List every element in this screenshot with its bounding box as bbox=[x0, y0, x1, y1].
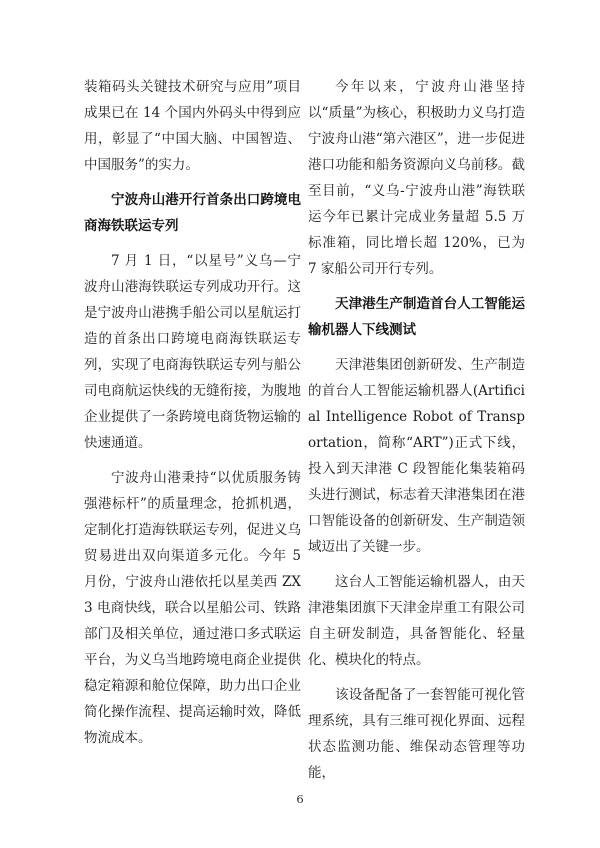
paragraph: 7 月 1 日，“以星号”义乌—宁波舟山港海铁联运专列成功开行。这是宁波舟山港携… bbox=[84, 248, 301, 456]
document-page: 装箱码头关键技术研究与应用”项目成果已在 14 个国内外码头中得到应用，彰显了“… bbox=[0, 0, 600, 848]
paragraph: 今年以来，宁波舟山港坚持以“质量”为核心，积极助力义乌打造宁波舟山港“第六港区”… bbox=[308, 74, 525, 282]
paragraph: 该设备配备了一套智能可视化管理系统，具有三维可视化界面、远程状态监测功能、维保动… bbox=[308, 682, 525, 786]
article-heading: 天津港生产制造首台人工智能运输机器人下线测试 bbox=[308, 291, 525, 343]
left-column: 装箱码头关键技术研究与应用”项目成果已在 14 个国内外码头中得到应用，彰显了“… bbox=[84, 74, 301, 795]
paragraph: 宁波舟山港秉持“以优质服务铸强港标杆”的质量理念，抢抓机遇，定制化打造海铁联运专… bbox=[84, 465, 301, 751]
paragraph: 天津港集团创新研发、生产制造的首台人工智能运输机器人(Artificial In… bbox=[308, 352, 525, 560]
article-heading: 宁波舟山港开行首条出口跨境电商海铁联运专列 bbox=[84, 187, 301, 239]
right-column: 今年以来，宁波舟山港坚持以“质量”为核心，积极助力义乌打造宁波舟山港“第六港区”… bbox=[308, 74, 525, 795]
paragraph: 这台人工智能运输机器人，由天津港集团旗下天津金岸重工有限公司自主研发制造，具备智… bbox=[308, 569, 525, 673]
paragraph: 装箱码头关键技术研究与应用”项目成果已在 14 个国内外码头中得到应用，彰显了“… bbox=[84, 74, 301, 178]
two-column-text-area: 装箱码头关键技术研究与应用”项目成果已在 14 个国内外码头中得到应用，彰显了“… bbox=[84, 74, 525, 795]
page-number: 6 bbox=[0, 792, 600, 806]
